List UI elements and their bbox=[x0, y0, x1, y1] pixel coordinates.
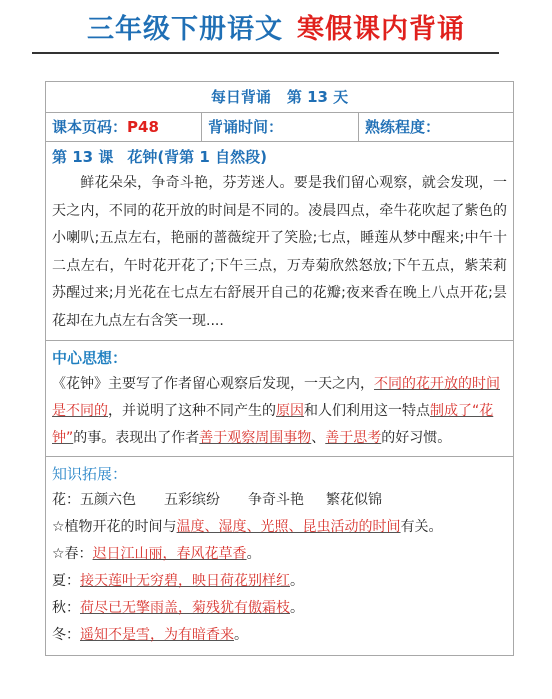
season-label: 夏： bbox=[52, 573, 80, 589]
idea-highlight: 善于观察周围事物 bbox=[199, 430, 311, 446]
idiom: 五彩缤纷 bbox=[164, 492, 220, 508]
info-row: 课本页码：P48 背诵时间： 熟练程度： bbox=[46, 113, 513, 142]
season-poem: 荷尽已无擎雨盖，菊残犹有傲霜枝 bbox=[80, 600, 290, 616]
idea-highlight: 善于思考 bbox=[325, 430, 381, 446]
season-poem: 接天莲叶无穷碧，映日荷花别样红 bbox=[80, 573, 290, 589]
idea-text: 和人们利用这一特点 bbox=[304, 403, 430, 419]
day-label: 第 13 天 bbox=[287, 88, 348, 106]
blooming-prefix: ☆植物开花的时间与 bbox=[52, 519, 177, 535]
blooming-time-line: ☆植物开花的时间与温度、湿度、光照、昆虫活动的时间有关。 bbox=[46, 514, 513, 541]
central-idea-title: 中心思想： bbox=[46, 341, 513, 371]
title-divider bbox=[32, 52, 499, 54]
punctuation: 。 bbox=[290, 573, 304, 589]
page-cell: 课本页码：P48 bbox=[46, 113, 202, 141]
extension-title: 知识拓展： bbox=[46, 457, 513, 487]
season-line-spring: ☆春：迟日江山丽，春风花草香。 bbox=[46, 541, 513, 568]
lesson-title: 第 13 课花钟(背第 1 自然段) bbox=[46, 142, 513, 168]
season-poem: 遥知不是雪，为有暗香来 bbox=[80, 627, 234, 643]
season-label: 冬： bbox=[52, 627, 80, 643]
title-grade-subject: 三年级下册语文 bbox=[87, 14, 283, 45]
punctuation: 。 bbox=[290, 600, 304, 616]
season-label: ☆春： bbox=[52, 546, 93, 562]
punctuation: 。 bbox=[247, 546, 261, 562]
time-cell: 背诵时间： bbox=[202, 113, 359, 141]
document-title: 三年级下册语文寒假课内背诵 bbox=[0, 12, 552, 48]
passage-text: 鲜花朵朵，争奇斗艳，芬芳迷人。要是我们留心观察，就会发现，一天之内，不同的花开放… bbox=[52, 175, 507, 329]
season-line-summer: 夏：接天莲叶无穷碧，映日荷花别样红。 bbox=[46, 568, 513, 595]
idea-text: 的事。表现出了作者 bbox=[73, 430, 199, 446]
idea-text: 《花钟》主要写了作者留心观察后发现，一天之内， bbox=[52, 376, 374, 392]
season-line-winter: 冬：遥知不是雪，为有暗香来。 bbox=[46, 622, 513, 649]
lesson-number: 第 13 课 bbox=[52, 148, 113, 166]
proficiency-cell: 熟练程度： bbox=[359, 113, 513, 141]
passage: 鲜花朵朵，争奇斗艳，芬芳迷人。要是我们留心观察，就会发现，一天之内，不同的花开放… bbox=[46, 168, 513, 340]
time-label: 背诵时间： bbox=[208, 118, 283, 136]
flower-idioms-line: 花：五颜六色五彩缤纷争奇斗艳繁花似锦 bbox=[46, 487, 513, 514]
lesson-name: 花钟(背第 1 自然段) bbox=[127, 148, 267, 166]
daily-header: 每日背诵第 13 天 bbox=[46, 82, 513, 113]
idiom: 五颜六色 bbox=[80, 492, 136, 508]
daily-label: 每日背诵 bbox=[211, 88, 271, 106]
idiom: 繁花似锦 bbox=[326, 492, 382, 508]
flower-label: 花： bbox=[52, 492, 80, 508]
lesson-section: 第 13 课花钟(背第 1 自然段) 鲜花朵朵，争奇斗艳，芬芳迷人。要是我们留心… bbox=[46, 142, 513, 341]
season-label: 秋： bbox=[52, 600, 80, 616]
central-idea-section: 中心思想： 《花钟》主要写了作者留心观察后发现，一天之内，不同的花开放的时间是不… bbox=[46, 341, 513, 457]
blooming-suffix: 有关。 bbox=[401, 519, 443, 535]
extension-section: 知识拓展： 花：五颜六色五彩缤纷争奇斗艳繁花似锦 ☆植物开花的时间与温度、湿度、… bbox=[46, 457, 513, 655]
page-label: 课本页码： bbox=[52, 118, 127, 136]
season-poem: 迟日江山丽，春风花草香 bbox=[93, 546, 247, 562]
idea-text: 、 bbox=[311, 430, 325, 446]
proficiency-label: 熟练程度： bbox=[365, 118, 440, 136]
central-idea-text: 《花钟》主要写了作者留心观察后发现，一天之内，不同的花开放的时间是不同的，并说明… bbox=[46, 371, 513, 456]
title-topic: 寒假课内背诵 bbox=[297, 14, 465, 45]
page-value: P48 bbox=[127, 118, 159, 136]
punctuation: 。 bbox=[234, 627, 248, 643]
idea-text: 的好习惯。 bbox=[381, 430, 451, 446]
blooming-factors: 温度、湿度、光照、昆虫活动的时间 bbox=[177, 519, 401, 535]
recitation-sheet: 每日背诵第 13 天 课本页码：P48 背诵时间： 熟练程度： 第 13 课花钟… bbox=[45, 81, 514, 656]
idea-highlight: 原因 bbox=[276, 403, 304, 419]
season-line-autumn: 秋：荷尽已无擎雨盖，菊残犹有傲霜枝。 bbox=[46, 595, 513, 622]
idiom: 争奇斗艳 bbox=[248, 492, 304, 508]
idea-text: ，并说明了这种不同产生的 bbox=[108, 403, 276, 419]
